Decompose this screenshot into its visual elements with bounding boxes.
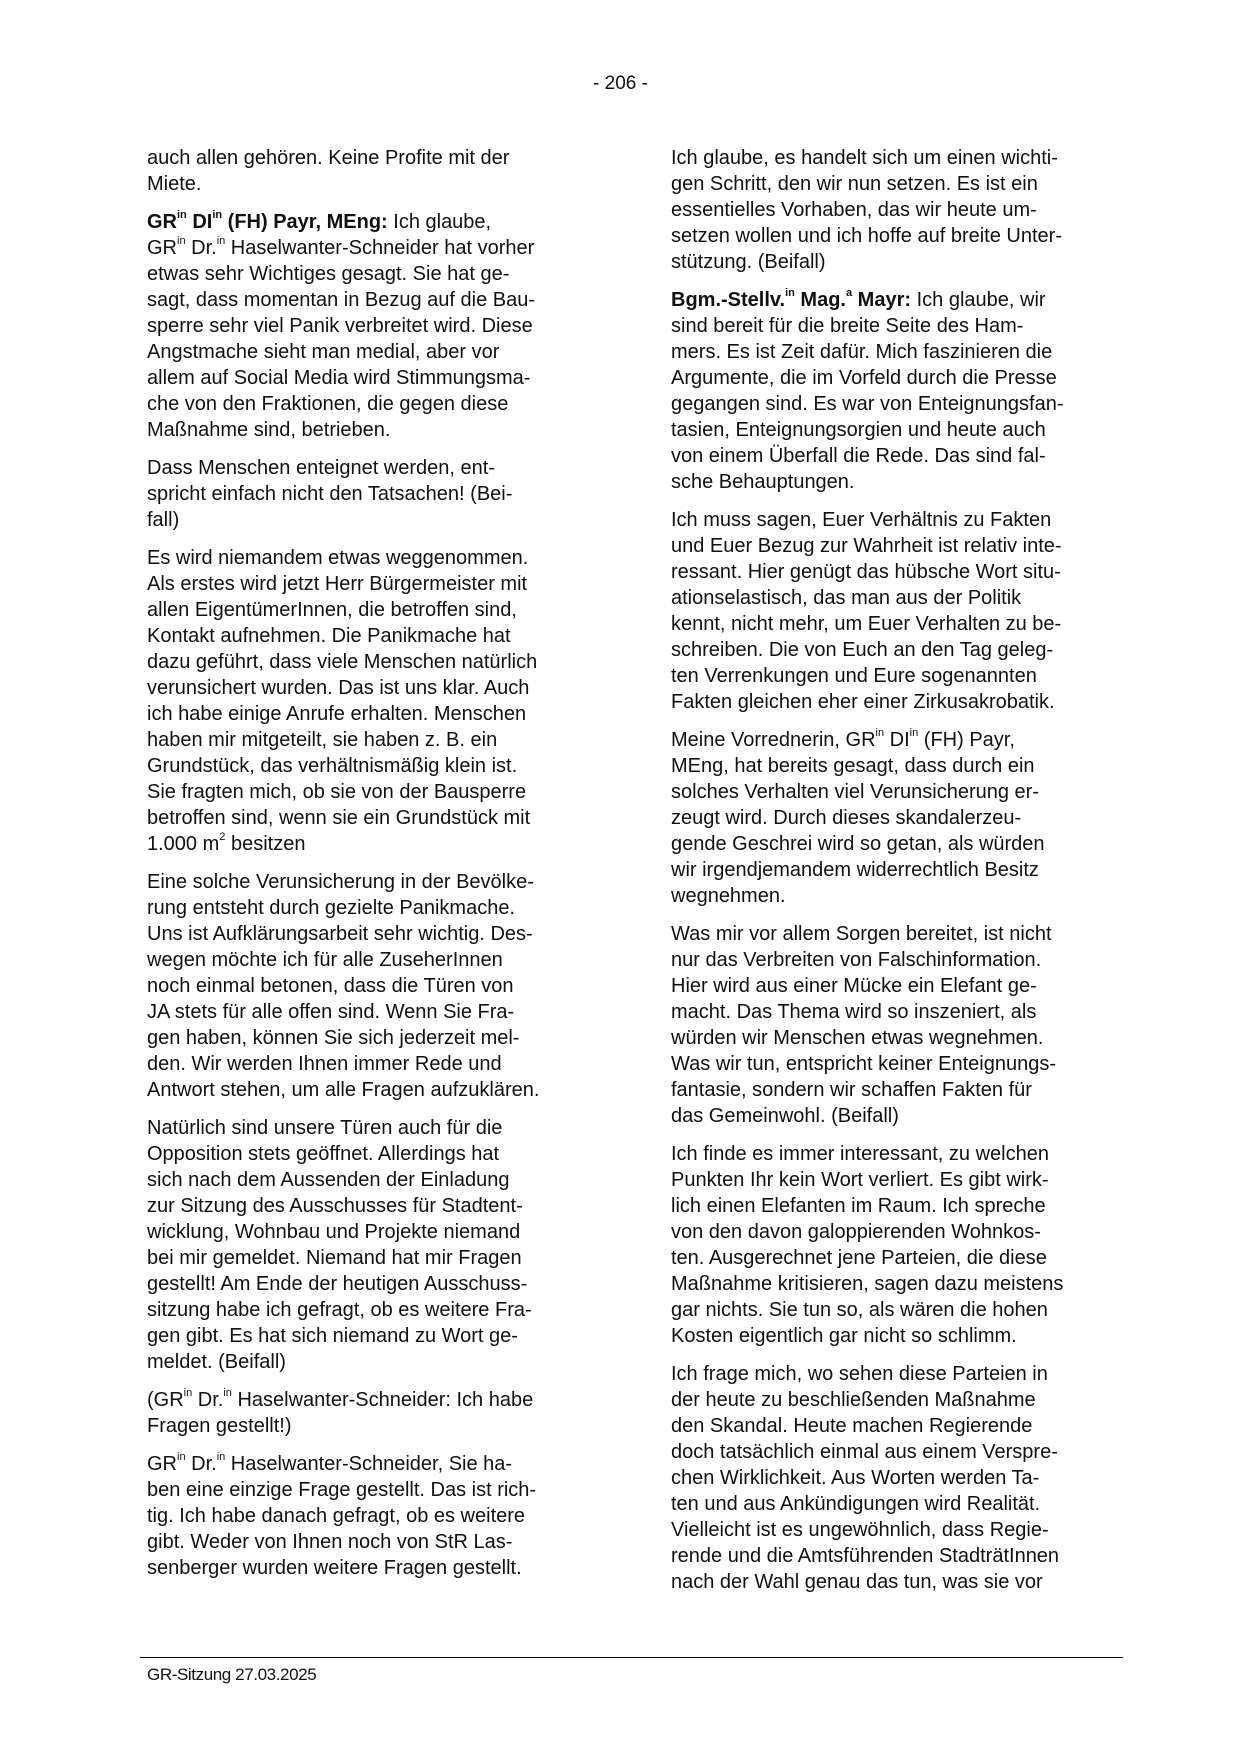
text-line: Bgm.-Stellv.in Mag.a Mayr: Ich glaube, w… xyxy=(671,287,1133,313)
speech-paragraph: auch allen gehören. Keine Profite mit de… xyxy=(147,145,609,197)
text-line: gen Schritt, den wir nun setzen. Es ist … xyxy=(671,171,1133,197)
text-line: Uns ist Aufklärungsarbeit sehr wichtig. … xyxy=(147,921,609,947)
text-line: ten und aus Ankündigungen wird Realität. xyxy=(671,1491,1133,1517)
text-line: Als erstes wird jetzt Herr Bürgermeister… xyxy=(147,571,609,597)
footer-session-date: GR-Sitzung 27.03.2025 xyxy=(147,1664,316,1686)
text-line: das Gemeinwohl. (Beifall) xyxy=(671,1103,1133,1129)
text-line: gende Geschrei wird so getan, als würden xyxy=(671,831,1133,857)
text-line: Argumente, die im Vorfeld durch die Pres… xyxy=(671,365,1133,391)
text-line: Ich frage mich, wo sehen diese Parteien … xyxy=(671,1361,1133,1387)
text-line: solches Verhalten viel Verunsicherung er… xyxy=(671,779,1133,805)
text-line: nach der Wahl genau das tun, was sie vor xyxy=(671,1569,1133,1595)
text-line: lich einen Elefanten im Raum. Ich sprech… xyxy=(671,1193,1133,1219)
text-line: ben eine einzige Frage gestellt. Das ist… xyxy=(147,1477,609,1503)
superscript-suffix: in xyxy=(177,1451,186,1463)
speaker-name: GRin DIin (FH) Payr, MEng: xyxy=(147,211,388,233)
text-line: tasien, Enteignungsorgien und heute auch xyxy=(671,417,1133,443)
superscript-suffix: in xyxy=(217,235,226,247)
text-line: macht. Das Thema wird so inszeniert, als xyxy=(671,999,1133,1025)
speech-paragraph: Meine Vorrednerin, GRin DIin (FH) Payr,M… xyxy=(671,727,1133,909)
text-line: gar nichts. Sie tun so, als wären die ho… xyxy=(671,1297,1133,1323)
text-line: GRin Dr.in Haselwanter-Schneider, Sie ha… xyxy=(147,1451,609,1477)
text-line: Grundstück, das verhältnismäßig klein is… xyxy=(147,753,609,779)
superscript-suffix: 2 xyxy=(219,831,225,843)
text-line: sperre sehr viel Panik verbreitet wird. … xyxy=(147,313,609,339)
text-line: Ich finde es immer interessant, zu welch… xyxy=(671,1141,1133,1167)
text-line: fall) xyxy=(147,507,609,533)
text-line: ressant. Hier genügt das hübsche Wort si… xyxy=(671,559,1133,585)
speech-paragraph: Ich frage mich, wo sehen diese Parteien … xyxy=(671,1361,1133,1595)
text-line: Kosten eigentlich gar nicht so schlimm. xyxy=(671,1323,1133,1349)
text-line: sitzung habe ich gefragt, ob es weitere … xyxy=(147,1297,609,1323)
text-line: tig. Ich habe danach gefragt, ob es weit… xyxy=(147,1503,609,1529)
text-line: Natürlich sind unsere Türen auch für die xyxy=(147,1115,609,1141)
text-line: den. Wir werden Ihnen immer Rede und xyxy=(147,1051,609,1077)
text-line: haben mir mitgeteilt, sie haben z. B. ei… xyxy=(147,727,609,753)
text-line: Was mir vor allem Sorgen bereitet, ist n… xyxy=(671,921,1133,947)
text-line: 1.000 m2 besitzen xyxy=(147,831,609,857)
text-line: rung entsteht durch gezielte Panikmache. xyxy=(147,895,609,921)
text-line: chen Wirklichkeit. Aus Worten werden Ta- xyxy=(671,1465,1133,1491)
text-line: Vielleicht ist es ungewöhnlich, dass Reg… xyxy=(671,1517,1133,1543)
text-line: wegnehmen. xyxy=(671,883,1133,909)
text-line: setzen wollen und ich hoffe auf breite U… xyxy=(671,223,1133,249)
text-line: Kontakt aufnehmen. Die Panikmache hat xyxy=(147,623,609,649)
text-line: allem auf Social Media wird Stimmungsma- xyxy=(147,365,609,391)
text-line: gibt. Weder von Ihnen noch von StR Las- xyxy=(147,1529,609,1555)
text-line: Was wir tun, entspricht keiner Enteignun… xyxy=(671,1051,1133,1077)
text-line: von den davon galoppierenden Wohnkos- xyxy=(671,1219,1133,1245)
left-column: auch allen gehören. Keine Profite mit de… xyxy=(147,145,609,1593)
text-line: sagt, dass momentan in Bezug auf die Bau… xyxy=(147,287,609,313)
text-line: Angstmache sieht man medial, aber vor xyxy=(147,339,609,365)
superscript-suffix: in xyxy=(785,287,795,299)
text-line: (GRin Dr.in Haselwanter-Schneider: Ich h… xyxy=(147,1387,609,1413)
text-line: wicklung, Wohnbau und Projekte niemand xyxy=(147,1219,609,1245)
text-line: der heute zu beschließenden Maßnahme xyxy=(671,1387,1133,1413)
superscript-suffix: in xyxy=(910,727,919,739)
text-line: auch allen gehören. Keine Profite mit de… xyxy=(147,145,609,171)
superscript-suffix: in xyxy=(212,209,222,221)
text-line: wegen möchte ich für alle ZuseherInnen xyxy=(147,947,609,973)
text-line: ich habe einige Anrufe erhalten. Mensche… xyxy=(147,701,609,727)
text-line: Hier wird aus einer Mücke ein Elefant ge… xyxy=(671,973,1133,999)
text-line: sind bereit für die breite Seite des Ham… xyxy=(671,313,1133,339)
speech-paragraph: Ich glaube, es handelt sich um einen wic… xyxy=(671,145,1133,275)
text-line: GRin DIin (FH) Payr, MEng: Ich glaube, xyxy=(147,209,609,235)
text-line: verunsichert wurden. Das ist uns klar. A… xyxy=(147,675,609,701)
text-line: Punkten Ihr kein Wort verliert. Es gibt … xyxy=(671,1167,1133,1193)
text-line: sich nach dem Aussenden der Einladung xyxy=(147,1167,609,1193)
text-line: zeugt wird. Durch dieses skandalerzeu- xyxy=(671,805,1133,831)
text-line: Eine solche Verunsicherung in der Bevölk… xyxy=(147,869,609,895)
text-line: Es wird niemandem etwas weggenommen. xyxy=(147,545,609,571)
text-line: den Skandal. Heute machen Regierende xyxy=(671,1413,1133,1439)
speech-paragraph-with-speaker: GRin DIin (FH) Payr, MEng: Ich glaube,GR… xyxy=(147,209,609,443)
text-line: würden wir Menschen etwas wegnehmen. xyxy=(671,1025,1133,1051)
text-line: Meine Vorrednerin, GRin DIin (FH) Payr, xyxy=(671,727,1133,753)
superscript-suffix: in xyxy=(223,1387,232,1399)
text-line: meldet. (Beifall) xyxy=(147,1349,609,1375)
speech-paragraph: Ich finde es immer interessant, zu welch… xyxy=(671,1141,1133,1349)
text-line: noch einmal betonen, dass die Türen von xyxy=(147,973,609,999)
text-line: che von den Fraktionen, die gegen diese xyxy=(147,391,609,417)
text-line: JA stets für alle offen sind. Wenn Sie F… xyxy=(147,999,609,1025)
text-line: gen gibt. Es hat sich niemand zu Wort ge… xyxy=(147,1323,609,1349)
speech-paragraph: Dass Menschen enteignet werden, ent-spri… xyxy=(147,455,609,533)
superscript-suffix: in xyxy=(177,209,187,221)
text-line: mers. Es ist Zeit dafür. Mich fasziniere… xyxy=(671,339,1133,365)
text-line: Opposition stets geöffnet. Allerdings ha… xyxy=(147,1141,609,1167)
text-line: gen haben, können Sie sich jederzeit mel… xyxy=(147,1025,609,1051)
text-line: stützung. (Beifall) xyxy=(671,249,1133,275)
text-line: etwas sehr Wichtiges gesagt. Sie hat ge- xyxy=(147,261,609,287)
text-line: Dass Menschen enteignet werden, ent- xyxy=(147,455,609,481)
speech-paragraph-with-speaker: Bgm.-Stellv.in Mag.a Mayr: Ich glaube, w… xyxy=(671,287,1133,495)
text-line: und Euer Bezug zur Wahrheit ist relativ … xyxy=(671,533,1133,559)
speech-paragraph: Eine solche Verunsicherung in der Bevölk… xyxy=(147,869,609,1103)
text-line: dazu geführt, dass viele Menschen natürl… xyxy=(147,649,609,675)
text-line: zur Sitzung des Ausschusses für Stadtent… xyxy=(147,1193,609,1219)
speech-paragraph: (GRin Dr.in Haselwanter-Schneider: Ich h… xyxy=(147,1387,609,1439)
text-line: allen EigentümerInnen, die betroffen sin… xyxy=(147,597,609,623)
text-line: doch tatsächlich einmal aus einem Verspr… xyxy=(671,1439,1133,1465)
text-line: bei mir gemeldet. Niemand hat mir Fragen xyxy=(147,1245,609,1271)
text-line: ationselastisch, das man aus der Politik xyxy=(671,585,1133,611)
text-line: Fragen gestellt!) xyxy=(147,1413,609,1439)
text-line: wir irgendjemandem widerrechtlich Besitz xyxy=(671,857,1133,883)
speech-paragraph: Es wird niemandem etwas weggenommen.Als … xyxy=(147,545,609,857)
text-line: MEng, hat bereits gesagt, dass durch ein xyxy=(671,753,1133,779)
text-line: sche Behauptungen. xyxy=(671,469,1133,495)
superscript-suffix: in xyxy=(177,235,186,247)
text-line: essentielles Vorhaben, das wir heute um- xyxy=(671,197,1133,223)
text-line: schreiben. Die von Euch an den Tag geleg… xyxy=(671,637,1133,663)
text-line: ten. Ausgerechnet jene Parteien, die die… xyxy=(671,1245,1133,1271)
footer-divider xyxy=(140,1657,1123,1658)
speaker-name: Bgm.-Stellv.in Mag.a Mayr: xyxy=(671,289,911,311)
text-line: Fakten gleichen eher einer Zirkusakrobat… xyxy=(671,689,1133,715)
text-line: spricht einfach nicht den Tatsachen! (Be… xyxy=(147,481,609,507)
text-line: Ich muss sagen, Euer Verhältnis zu Fakte… xyxy=(671,507,1133,533)
text-line: rende und die Amtsführenden StadträtInne… xyxy=(671,1543,1133,1569)
text-line: GRin Dr.in Haselwanter-Schneider hat vor… xyxy=(147,235,609,261)
text-line: Ich glaube, es handelt sich um einen wic… xyxy=(671,145,1133,171)
superscript-suffix: a xyxy=(846,287,852,299)
text-line: kennt, nicht mehr, um Euer Verhalten zu … xyxy=(671,611,1133,637)
text-line: ten Verrenkungen und Eure sogenannten xyxy=(671,663,1133,689)
text-line: gestellt! Am Ende der heutigen Ausschuss… xyxy=(147,1271,609,1297)
text-line: Maßnahme kritisieren, sagen dazu meisten… xyxy=(671,1271,1133,1297)
speech-paragraph: Natürlich sind unsere Türen auch für die… xyxy=(147,1115,609,1375)
text-line: senberger wurden weitere Fragen gestellt… xyxy=(147,1555,609,1581)
page-number: - 206 - xyxy=(0,72,1241,96)
speech-paragraph: GRin Dr.in Haselwanter-Schneider, Sie ha… xyxy=(147,1451,609,1581)
speech-paragraph: Was mir vor allem Sorgen bereitet, ist n… xyxy=(671,921,1133,1129)
text-line: von einem Überfall die Rede. Das sind fa… xyxy=(671,443,1133,469)
superscript-suffix: in xyxy=(876,727,885,739)
text-line: fantasie, sondern wir schaffen Fakten fü… xyxy=(671,1077,1133,1103)
text-line: Sie fragten mich, ob sie von der Bausper… xyxy=(147,779,609,805)
text-line: Antwort stehen, um alle Fragen aufzuklär… xyxy=(147,1077,609,1103)
text-line: nur das Verbreiten von Falschinformation… xyxy=(671,947,1133,973)
superscript-suffix: in xyxy=(184,1387,193,1399)
text-line: betroffen sind, wenn sie ein Grundstück … xyxy=(147,805,609,831)
text-line: Maßnahme sind, betrieben. xyxy=(147,417,609,443)
text-line: gegangen sind. Es war von Enteignungsfan… xyxy=(671,391,1133,417)
text-line: Miete. xyxy=(147,171,609,197)
speech-paragraph: Ich muss sagen, Euer Verhältnis zu Fakte… xyxy=(671,507,1133,715)
superscript-suffix: in xyxy=(217,1451,226,1463)
right-column: Ich glaube, es handelt sich um einen wic… xyxy=(671,145,1133,1607)
